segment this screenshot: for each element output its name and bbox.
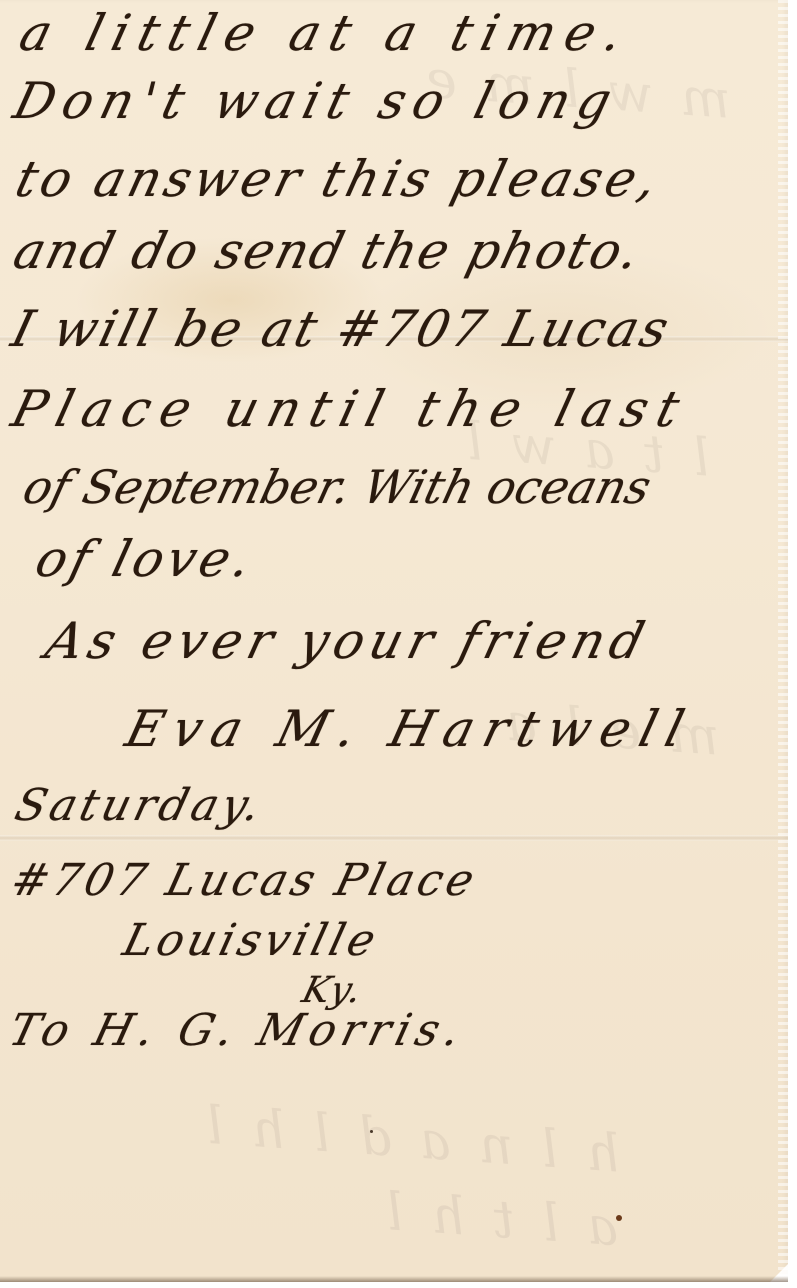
letter-line-2: Don't wait so long [8, 72, 625, 130]
postscript-recipient: To H. G. Morris. [4, 1005, 471, 1056]
fold-crease [0, 835, 788, 841]
page-bottom-edge [0, 1276, 788, 1282]
letter-line-4: and do send the photo. [8, 222, 647, 280]
ink-spot [370, 1130, 373, 1133]
letter-line-1: a little at a time. [14, 4, 638, 62]
reverse-side-show-through: a l t h l [378, 1182, 620, 1259]
letter-line-8: of love. [30, 530, 261, 588]
torn-right-edge [778, 0, 788, 1282]
reverse-side-show-through: h l n a d l h l [198, 1095, 622, 1184]
signature: Eva M. Hartwell [120, 700, 700, 758]
postscript-address-city: Louisville [118, 915, 385, 966]
letter-line-6: Place until the last [6, 380, 695, 438]
letter-line-3: to answer this please, [10, 150, 667, 208]
ink-spot [616, 1215, 622, 1221]
letter-line-5: I will be at #707 Lucas [6, 300, 677, 358]
letter-line-7: of September. With oceans [18, 460, 656, 514]
postscript-day: Saturday. [10, 780, 270, 831]
closing-line: As ever your friend [40, 612, 656, 670]
postscript-address-street: #707 Lucas Place [6, 855, 483, 906]
letter-page: m w l m e l t a w l m e l a h l n a d l … [0, 0, 788, 1282]
